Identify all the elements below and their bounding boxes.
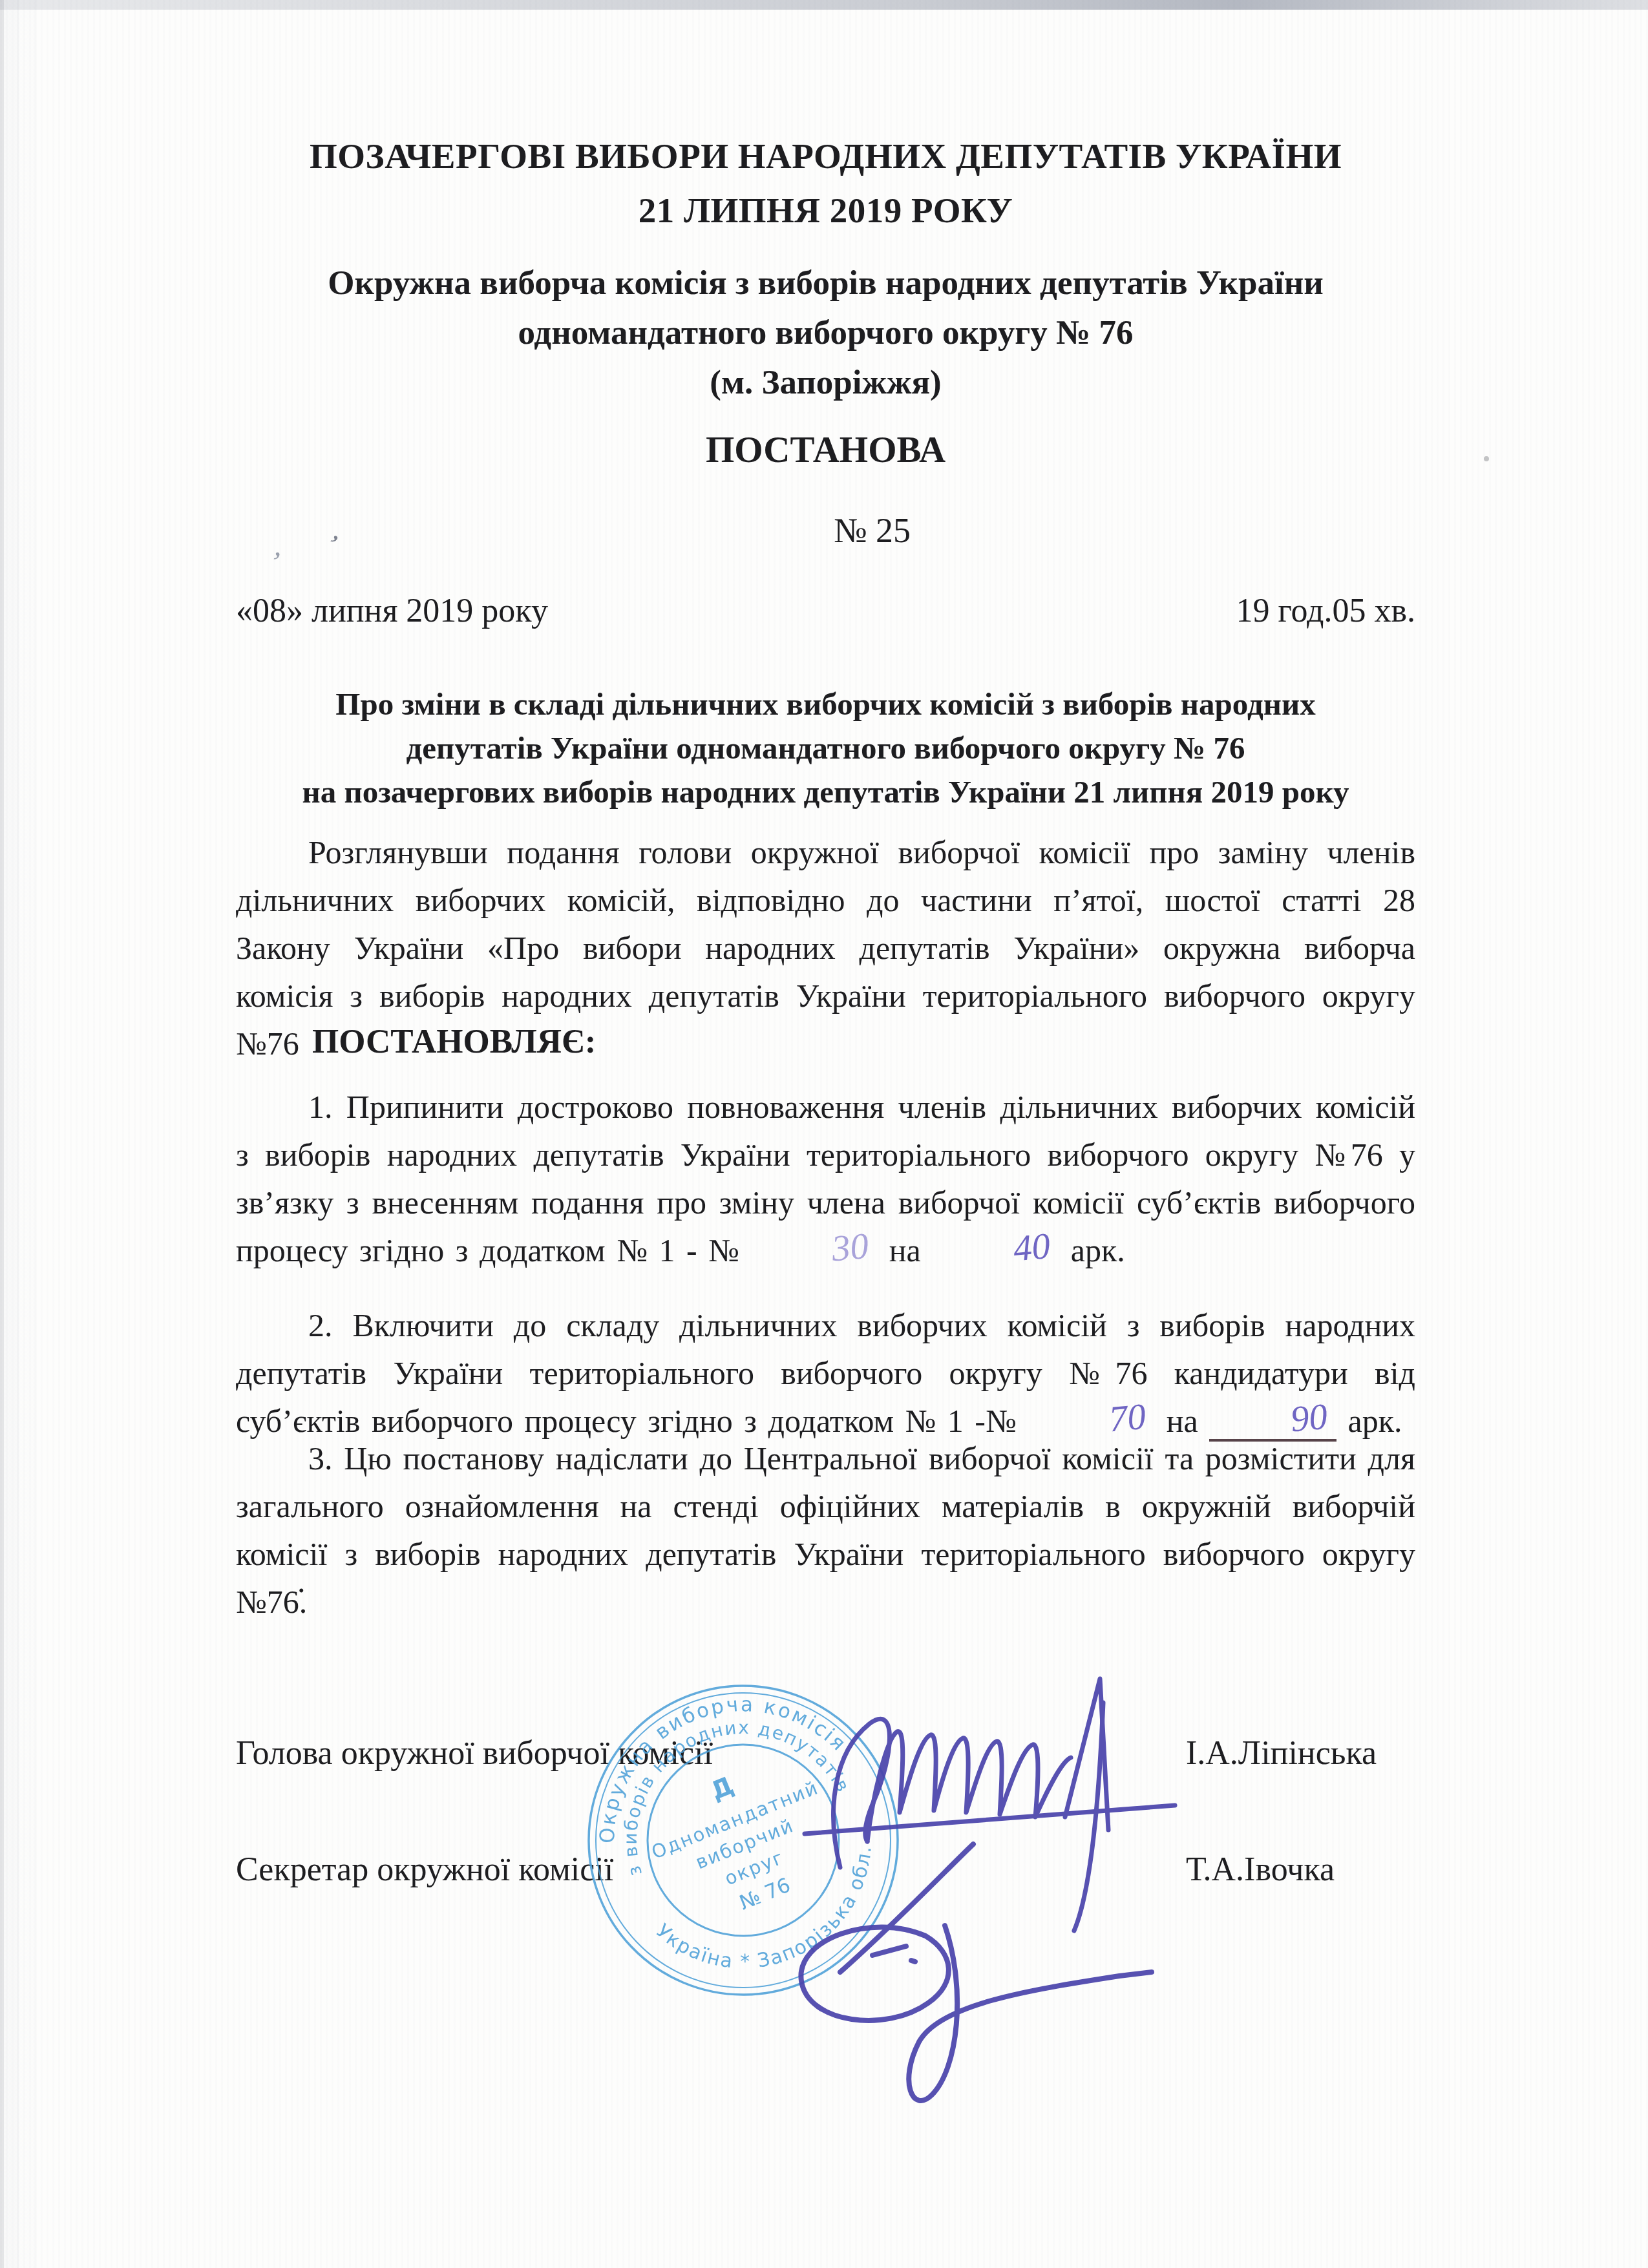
commission-name-line2: одномандатного виборчого округу № 76	[236, 308, 1415, 358]
election-title-line2: 21 ЛИПНЯ 2019 РОКУ	[236, 184, 1415, 238]
subject-heading: Про зміни в складі дільничних виборчих к…	[236, 682, 1415, 814]
subject-line2: депутатів України одномандатного виборчо…	[236, 726, 1415, 770]
secretary-signature-ink	[801, 1844, 1152, 2101]
handwritten-signatures	[679, 1641, 1260, 2158]
item1-text-mid: на	[889, 1232, 921, 1268]
resolution-item-2: 2. Включити до складу дільничних виборчи…	[236, 1301, 1415, 1445]
subject-line1: Про зміни в складі дільничних виборчих к…	[236, 682, 1415, 726]
item1-text: 1. Припинити достроково повноваження чле…	[236, 1089, 1415, 1268]
item1-handwritten-number-2: 40	[933, 1245, 1059, 1256]
stray-period-mark: .	[297, 1562, 323, 1600]
document-time: 19 год.05 хв.	[1236, 592, 1415, 630]
scan-edge-left	[0, 0, 47, 2268]
item2-handwritten-number-1: 70	[1028, 1416, 1155, 1427]
scanned-document-page: ‚ ’ ПОЗАЧЕРГОВІ ВИБОРИ НАРОДНИХ ДЕПУТАТІ…	[0, 0, 1648, 2268]
commission-name: Окружна виборча комісія з виборів народн…	[236, 258, 1415, 408]
item1-text-after: арк.	[1071, 1232, 1125, 1268]
date-time-row: «08» липня 2019 року 19 год.05 хв.	[236, 592, 1415, 630]
item1-handwritten-number-1: 30	[751, 1245, 878, 1256]
chair-signature-ink	[805, 1679, 1175, 1931]
commission-name-line1: Окружна виборча комісія з виборів народн…	[236, 258, 1415, 308]
election-title-line1: ПОЗАЧЕРГОВІ ВИБОРИ НАРОДНИХ ДЕПУТАТІВ УК…	[236, 129, 1415, 184]
document-date: «08» липня 2019 року	[236, 592, 548, 630]
commission-city: (м. Запоріжжя)	[236, 358, 1415, 408]
subject-line3: на позачергових виборів народних депутат…	[236, 770, 1415, 814]
item2-text-mid: на	[1167, 1403, 1198, 1439]
resolves-heading: ПОСТАНОВЛЯЄ:	[236, 1022, 1492, 1061]
election-title: ПОЗАЧЕРГОВІ ВИБОРИ НАРОДНИХ ДЕПУТАТІВ УК…	[236, 129, 1415, 238]
scan-edge-top	[0, 0, 1648, 10]
scan-speck	[1484, 456, 1489, 461]
resolution-item-3: 3. Цю постанову надіслати до Центральної…	[236, 1434, 1415, 1626]
resolution-item-1: 1. Припинити достроково повноваження чле…	[236, 1083, 1415, 1274]
document-type-heading: ПОСТАНОВА	[236, 429, 1415, 471]
item2-text-after: арк.	[1348, 1403, 1402, 1439]
item2-handwritten-number-2: 90	[1210, 1416, 1336, 1427]
document-number: № 25	[282, 510, 1462, 551]
